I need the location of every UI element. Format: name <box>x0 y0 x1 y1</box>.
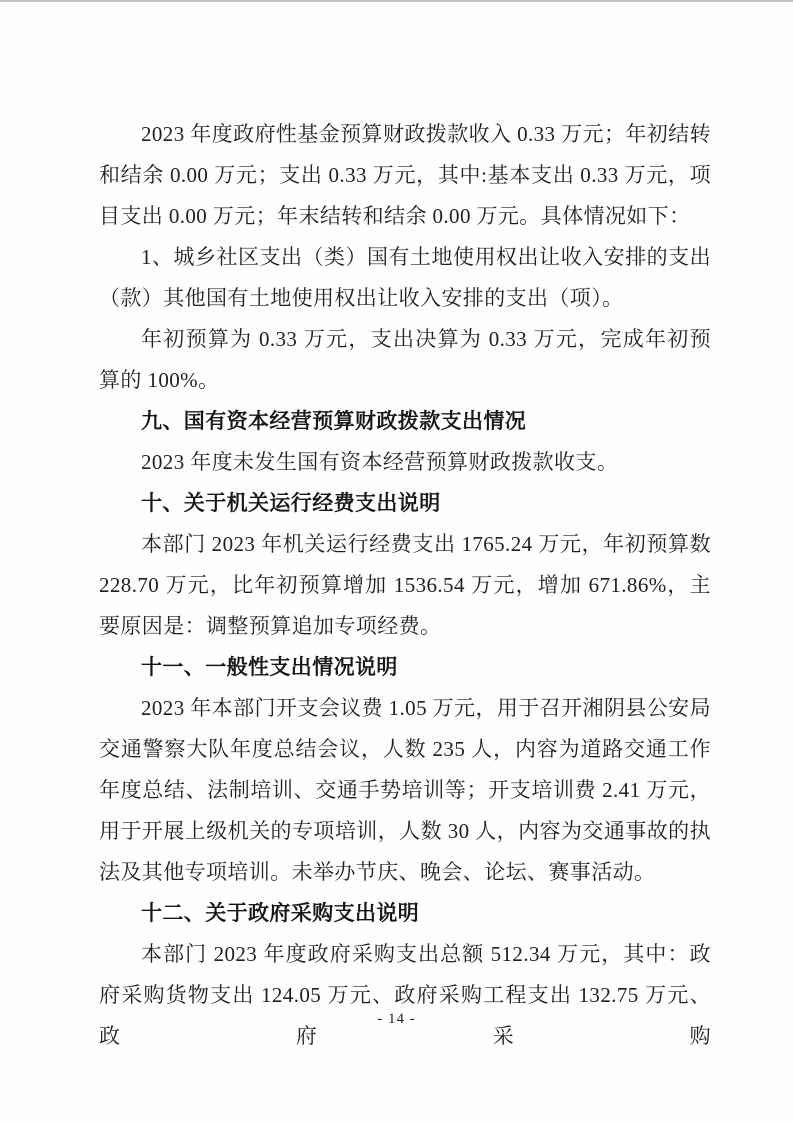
paragraph-state-capital-none: 2023 年度未发生国有资本经营预算财政拨款收支。 <box>99 442 711 483</box>
section-heading-9-state-capital: 九、国有资本经营预算财政拨款支出情况 <box>99 401 711 442</box>
paragraph-general-expense-detail: 2023 年本部门开支会议费 1.05 万元，用于召开湘阴县公安局交通警察大队年… <box>99 688 711 893</box>
document-page: 2023 年度政府性基金预算财政拨款收入 0.33 万元；年初结转和结余 0.0… <box>0 0 793 1121</box>
section-heading-10-operating-expense: 十、关于机关运行经费支出说明 <box>99 483 711 524</box>
section-heading-11-general-expense: 十一、一般性支出情况说明 <box>99 647 711 688</box>
document-body: 2023 年度政府性基金预算财政拨款收入 0.33 万元；年初结转和结余 0.0… <box>99 114 711 1057</box>
paragraph-budget-completion: 年初预算为 0.33 万元，支出决算为 0.33 万元，完成年初预算的 100%… <box>99 319 711 401</box>
paragraph-urban-rural-expense-item: 1、城乡社区支出（类）国有土地使用权出让收入安排的支出（款）其他国有土地使用权出… <box>99 237 711 319</box>
paragraph-procurement-detail: 本部门 2023 年度政府采购支出总额 512.34 万元，其中：政府采购货物支… <box>99 934 711 1057</box>
page-number: - 14 - <box>0 1011 793 1028</box>
scan-top-edge <box>0 0 793 2</box>
paragraph-operating-expense-detail: 本部门 2023 年机关运行经费支出 1765.24 万元，年初预算数 228.… <box>99 524 711 647</box>
paragraph-gov-fund-summary: 2023 年度政府性基金预算财政拨款收入 0.33 万元；年初结转和结余 0.0… <box>99 114 711 237</box>
section-heading-12-procurement: 十二、关于政府采购支出说明 <box>99 893 711 934</box>
